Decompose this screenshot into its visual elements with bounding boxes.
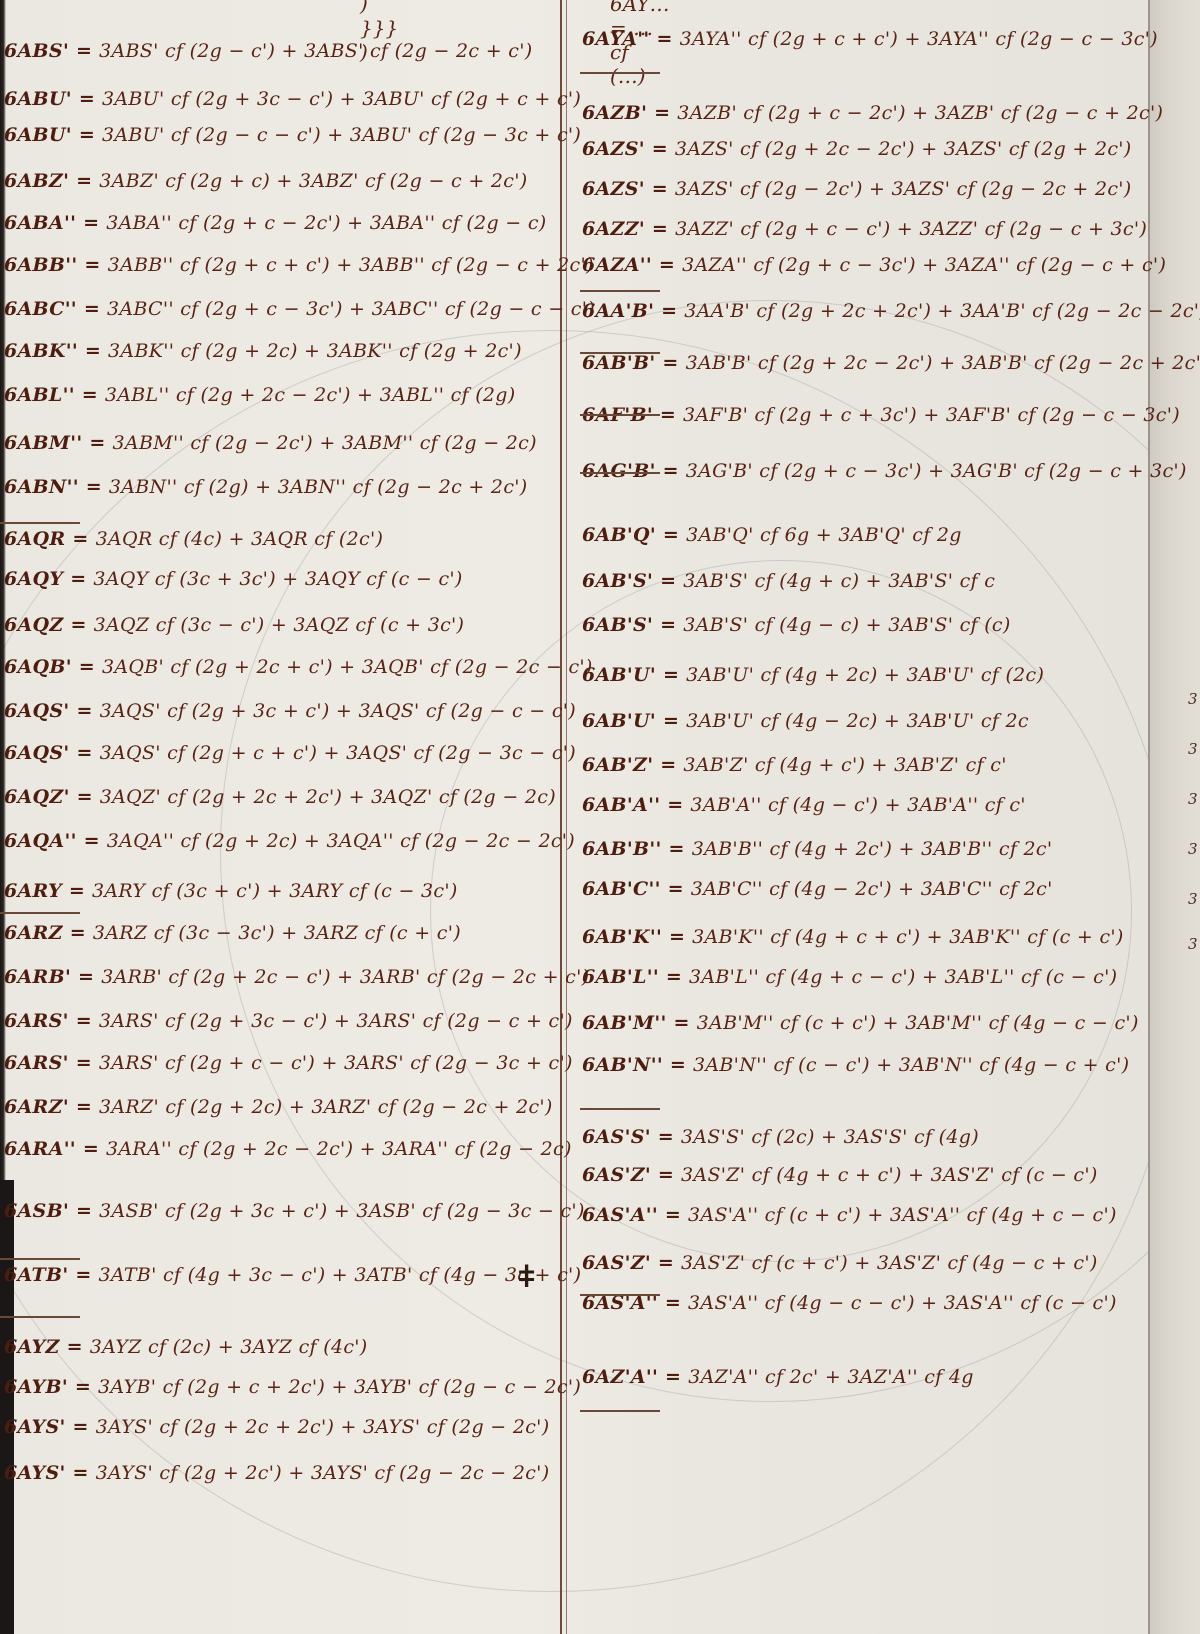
formula-lhs: 6ABA'' = xyxy=(4,212,106,234)
formula-line: 6AF'B' = 3AF'B' cf (2g + c + 3c') + 3AF'… xyxy=(582,404,1180,426)
formula-line: 6ATB' = 3ATB' cf (4g + 3c − c') + 3ATB' … xyxy=(4,1264,581,1286)
formula-lhs: 6ABZ' = xyxy=(4,170,99,192)
formula-lhs: 6AYS' = xyxy=(4,1416,96,1438)
formula-line: 6AYZ = 3AYZ cf (2c) + 3AYZ cf (4c') xyxy=(4,1336,368,1358)
gutter-number: 3 xyxy=(1188,690,1198,708)
formula-rhs: 3AB'L'' cf (4g + c − c') + 3AB'L'' cf (c… xyxy=(689,966,1117,988)
formula-rhs: 3AB'U' cf (4g + 2c) + 3AB'U' cf (2c) xyxy=(686,664,1044,686)
formula-lhs: 6AB'C'' = xyxy=(582,878,691,900)
formula-line: 6ARA'' = 3ARA'' cf (2g + 2c − 2c') + 3AR… xyxy=(4,1138,572,1160)
formula-line: 6ABS' = 3ABS' cf (2g − c') + 3ABS' cf (2… xyxy=(4,40,532,62)
formula-rhs: 3AF'B' cf (2g + c + 3c') + 3AF'B' cf (2g… xyxy=(683,404,1180,426)
formula-lhs: 6AS'A'' = xyxy=(582,1204,688,1226)
formula-rhs: 3ABZ' cf (2g + c) + 3ABZ' cf (2g − c + 2… xyxy=(99,170,527,192)
formula-rhs: 3ABL'' cf (2g + 2c − 2c') + 3ABL'' cf (2… xyxy=(105,384,516,406)
formula-lhs: 6AQZ' = xyxy=(4,786,100,808)
formula-line: 6AS'S' = 3AS'S' cf (2c) + 3AS'S' cf (4g) xyxy=(582,1126,979,1148)
gutter-number: 3 xyxy=(1188,740,1198,758)
gutter-number: 3 xyxy=(1188,840,1198,858)
formula-line: 6AS'Z' = 3AS'Z' cf (4g + c + c') + 3AS'Z… xyxy=(582,1164,1098,1186)
formula-rhs: 3AQS' cf (2g + 3c + c') + 3AQS' cf (2g −… xyxy=(100,700,576,722)
formula-lhs: 6ABU' = xyxy=(4,124,102,146)
formula-lhs: 6ARS' = xyxy=(4,1052,99,1074)
formula-rhs: 3AB'S' cf (4g − c) + 3AB'S' cf (c) xyxy=(683,614,1010,636)
formula-line: 6ARS' = 3ARS' cf (2g + c − c') + 3ARS' c… xyxy=(4,1052,573,1074)
formula-lhs: 6AZ'A'' = xyxy=(582,1366,688,1388)
formula-line: 6AS'Z' = 3AS'Z' cf (c + c') + 3AS'Z' cf … xyxy=(582,1252,1098,1274)
formula-line: 6ARS' = 3ARS' cf (2g + 3c − c') + 3ARS' … xyxy=(4,1010,573,1032)
formula-lhs: 6AB'L'' = xyxy=(582,966,689,988)
formula-rhs: 3ABS' cf (2g − c') + 3ABS' cf (2g − 2c +… xyxy=(99,40,532,62)
formula-rhs: 3AB'K'' cf (4g + c + c') + 3AB'K'' cf (c… xyxy=(692,926,1123,948)
formula-line: 6AB'L'' = 3AB'L'' cf (4g + c − c') + 3AB… xyxy=(582,966,1117,988)
formula-rhs: 3AB'A'' cf (4g − c') + 3AB'A'' cf c' xyxy=(690,794,1025,816)
formula-line: 6ABN'' = 3ABN'' cf (2g) + 3ABN'' cf (2g … xyxy=(4,476,528,498)
formula-lhs: 6AYS' = xyxy=(4,1462,96,1484)
section-separator xyxy=(0,1258,80,1260)
formula-line: 6ABL'' = 3ABL'' cf (2g + 2c − 2c') + 3AB… xyxy=(4,384,515,406)
formula-line: 6ABM'' = 3ABM'' cf (2g − 2c') + 3ABM'' c… xyxy=(4,432,537,454)
formula-lhs: 6AQR = xyxy=(4,528,96,550)
formula-line: 6ABB'' = 3ABB'' cf (2g + c + c') + 3ABB'… xyxy=(4,254,594,276)
formula-rhs: 3AB'N'' cf (c − c') + 3AB'N'' cf (4g − c… xyxy=(693,1054,1129,1076)
section-separator xyxy=(580,1108,660,1110)
formula-lhs: 6ABS' = xyxy=(4,40,99,62)
formula-line: 6ABU' = 3ABU' cf (2g + 3c − c') + 3ABU' … xyxy=(4,88,581,110)
formula-rhs: 3AB'C'' cf (4g − 2c') + 3AB'C'' cf 2c' xyxy=(691,878,1053,900)
formula-rhs: 3ARS' cf (2g + 3c − c') + 3ARS' cf (2g −… xyxy=(99,1010,573,1032)
formula-line: 6AB'S' = 3AB'S' cf (4g − c) + 3AB'S' cf … xyxy=(582,614,1011,636)
formula-line: 6ARY = 3ARY cf (3c + c') + 3ARY cf (c − … xyxy=(4,880,458,902)
formula-rhs: 3ARZ cf (3c − 3c') + 3ARZ cf (c + c') xyxy=(93,922,461,944)
formula-rhs: 3AQY cf (3c + 3c') + 3AQY cf (c − c') xyxy=(93,568,462,590)
formula-line: 6AYB' = 3AYB' cf (2g + c + 2c') + 3AYB' … xyxy=(4,1376,581,1398)
formula-line: 6AS'A'' = 3AS'A'' cf (c + c') + 3AS'A'' … xyxy=(582,1204,1117,1226)
formula-rhs: 3AS'Z' cf (4g + c + c') + 3AS'Z' cf (c −… xyxy=(681,1164,1098,1186)
formula-rhs: 3ABB'' cf (2g + c + c') + 3ABB'' cf (2g … xyxy=(108,254,594,276)
formula-lhs: 6AZS' = xyxy=(582,178,675,200)
formula-rhs: 3ASB' cf (2g + 3c + c') + 3ASB' cf (2g −… xyxy=(99,1200,585,1222)
formula-line: 6AQZ' = 3AQZ' cf (2g + 2c + 2c') + 3AQZ'… xyxy=(4,786,556,808)
formula-lhs: 6AQS' = xyxy=(4,742,100,764)
formula-rhs: 3AS'S' cf (2c) + 3AS'S' cf (4g) xyxy=(681,1126,979,1148)
formula-lhs: 6AB'S' = xyxy=(582,570,683,592)
formula-line: 6AB'C'' = 3AB'C'' cf (4g − 2c') + 3AB'C'… xyxy=(582,878,1053,900)
formula-rhs: 3AB'B'' cf (4g + 2c') + 3AB'B'' cf 2c' xyxy=(692,838,1053,860)
section-separator xyxy=(580,290,660,292)
formula-lhs: 6ASB' = xyxy=(4,1200,99,1222)
formula-line: 6AA'B' = 3AA'B' cf (2g + 2c + 2c') + 3AA… xyxy=(582,300,1200,322)
formula-line: 6ABZ' = 3ABZ' cf (2g + c) + 3ABZ' cf (2g… xyxy=(4,170,527,192)
formula-line: 6ABU' = 3ABU' cf (2g − c − c') + 3ABU' c… xyxy=(4,124,581,146)
formula-lhs: 6AB'U' = xyxy=(582,664,686,686)
formula-lhs: 6ATB' = xyxy=(4,1264,99,1286)
formula-lhs: 6AZZ' = xyxy=(582,218,675,240)
section-separator xyxy=(0,1316,80,1318)
formula-line: 6AQY = 3AQY cf (3c + 3c') + 3AQY cf (c −… xyxy=(4,568,463,590)
formula-line: 6AB'B'' = 3AB'B'' cf (4g + 2c') + 3AB'B'… xyxy=(582,838,1052,860)
formula-lhs: 6AYZ = xyxy=(4,1336,90,1358)
section-separator xyxy=(0,522,80,524)
formula-line: 6AZB' = 3AZB' cf (2g + c − 2c') + 3AZB' … xyxy=(582,102,1163,124)
section-separator xyxy=(580,352,660,354)
formula-lhs: 6AB'S' = xyxy=(582,614,683,636)
formula-lhs: 6AB'B' = xyxy=(582,352,686,374)
formula-rhs: 3AA'B' cf (2g + 2c + 2c') + 3AA'B' cf (2… xyxy=(684,300,1200,322)
formula-lhs: 6AB'Q' = xyxy=(582,524,686,546)
formula-rhs: 3AQB' cf (2g + 2c + c') + 3AQB' cf (2g −… xyxy=(102,656,593,678)
formula-lhs: 6AB'B'' = xyxy=(582,838,692,860)
formula-rhs: 3AS'A'' cf (c + c') + 3AS'A'' cf (4g + c… xyxy=(688,1204,1117,1226)
formula-line: 6AS'A'' = 3AS'A'' cf (4g − c − c') + 3AS… xyxy=(582,1292,1117,1314)
formula-lhs: 6ABC'' = xyxy=(4,298,107,320)
formula-lhs: 6AG'B' = xyxy=(582,460,686,482)
formula-rhs: 3ABM'' cf (2g − 2c') + 3ABM'' cf (2g − 2… xyxy=(113,432,537,454)
formula-lhs: 6AYB' = xyxy=(4,1376,98,1398)
formula-line: 6AB'N'' = 3AB'N'' cf (c − c') + 3AB'N'' … xyxy=(582,1054,1129,1076)
formula-line: 6AB'Z' = 3AB'Z' cf (4g + c') + 3AB'Z' cf… xyxy=(582,754,1007,776)
formula-rhs: 3AS'A'' cf (4g − c − c') + 3AS'A'' cf (c… xyxy=(688,1292,1117,1314)
formula-lhs: 6AB'K'' = xyxy=(582,926,692,948)
formula-line: 6AQS' = 3AQS' cf (2g + c + c') + 3AQS' c… xyxy=(4,742,576,764)
formula-lhs: 6AZS' = xyxy=(582,138,675,160)
formula-rhs: 3AYA'' cf (2g + c + c') + 3AYA'' cf (2g … xyxy=(680,28,1158,50)
formula-rhs: 3AZB' cf (2g + c − 2c') + 3AZB' cf (2g −… xyxy=(677,102,1163,124)
formula-line: 6AB'U' = 3AB'U' cf (4g + 2c) + 3AB'U' cf… xyxy=(582,664,1044,686)
formula-lhs: 6AB'N'' = xyxy=(582,1054,693,1076)
formula-rhs: 3AQA'' cf (2g + 2c) + 3AQA'' cf (2g − 2c… xyxy=(107,830,575,852)
formula-rhs: 3AZS' cf (2g − 2c') + 3AZS' cf (2g − 2c … xyxy=(675,178,1132,200)
formula-rhs: 3AS'Z' cf (c + c') + 3AS'Z' cf (4g − c +… xyxy=(681,1252,1098,1274)
formula-line: 6ABK'' = 3ABK'' cf (2g + 2c) + 3ABK'' cf… xyxy=(4,340,522,362)
formula-rhs: 3ARZ' cf (2g + 2c) + 3ARZ' cf (2g − 2c +… xyxy=(99,1096,553,1118)
formula-rhs: 3AB'B' cf (2g + 2c − 2c') + 3AB'B' cf (2… xyxy=(686,352,1200,374)
formula-rhs: 3AZZ' cf (2g + c − c') + 3AZZ' cf (2g − … xyxy=(675,218,1147,240)
formula-lhs: 6AQB' = xyxy=(4,656,102,678)
formula-lhs: 6ABU' = xyxy=(4,88,102,110)
formula-rhs: 3AG'B' cf (2g + c − 3c') + 3AG'B' cf (2g… xyxy=(686,460,1187,482)
formula-line: 6AZS' = 3AZS' cf (2g + 2c − 2c') + 3AZS'… xyxy=(582,138,1132,160)
formula-rhs: 3AB'Z' cf (4g + c') + 3AB'Z' cf c' xyxy=(683,754,1006,776)
formula-lhs: 6ARS' = xyxy=(4,1010,99,1032)
formula-line: 6AQR = 3AQR cf (4c) + 3AQR cf (2c') xyxy=(4,528,383,550)
gutter-number: 3 xyxy=(1188,890,1198,908)
formula-lhs: 6AB'M'' = xyxy=(582,1012,697,1034)
formula-line: 6AYA'' = 3AYA'' cf (2g + c + c') + 3AYA'… xyxy=(582,28,1158,50)
section-separator xyxy=(580,472,660,474)
formula-rhs: 3AZS' cf (2g + 2c − 2c') + 3AZS' cf (2g … xyxy=(675,138,1132,160)
formula-line: 6AZ'A'' = 3AZ'A'' cf 2c' + 3AZ'A'' cf 4g xyxy=(582,1366,974,1388)
formula-rhs: 3AZA'' cf (2g + c − 3c') + 3AZA'' cf (2g… xyxy=(682,254,1166,276)
formula-rhs: 3AB'Q' cf 6g + 3AB'Q' cf 2g xyxy=(686,524,962,546)
formula-lhs: 6AA'B' = xyxy=(582,300,684,322)
formula-line: 6AQS' = 3AQS' cf (2g + 3c + c') + 3AQS' … xyxy=(4,700,576,722)
formula-rhs: 3AB'U' cf (4g − 2c) + 3AB'U' cf 2c xyxy=(686,710,1029,732)
formula-line: 6ARZ' = 3ARZ' cf (2g + 2c) + 3ARZ' cf (2… xyxy=(4,1096,553,1118)
section-separator xyxy=(580,1294,660,1296)
margin-mark-symbol: ⧧ xyxy=(518,1255,536,1295)
formula-lhs: 6AQZ = xyxy=(4,614,94,636)
section-separator xyxy=(580,72,660,74)
formula-line: 6AB'Q' = 3AB'Q' cf 6g + 3AB'Q' cf 2g xyxy=(582,524,962,546)
formula-rhs: 3AQZ' cf (2g + 2c + 2c') + 3AQZ' cf (2g … xyxy=(100,786,556,808)
formula-rhs: 3AYB' cf (2g + c + 2c') + 3AYB' cf (2g −… xyxy=(98,1376,581,1398)
formula-rhs: 3ATB' cf (4g + 3c − c') + 3ATB' cf (4g −… xyxy=(99,1264,582,1286)
formula-rhs: 3ABK'' cf (2g + 2c) + 3ABK'' cf (2g + 2c… xyxy=(108,340,522,362)
formula-line: 6AB'A'' = 3AB'A'' cf (4g − c') + 3AB'A''… xyxy=(582,794,1026,816)
gutter-number: 3 xyxy=(1188,935,1198,953)
formula-rhs: 3ARY cf (3c + c') + 3ARY cf (c − 3c') xyxy=(92,880,458,902)
formula-line: 6AQA'' = 3AQA'' cf (2g + 2c) + 3AQA'' cf… xyxy=(4,830,575,852)
section-separator xyxy=(0,912,80,914)
formula-rhs: 3AYS' cf (2g + 2c') + 3AYS' cf (2g − 2c … xyxy=(96,1462,550,1484)
formula-line: 6AB'U' = 3AB'U' cf (4g − 2c) + 3AB'U' cf… xyxy=(582,710,1029,732)
formula-lhs: 6ARY = xyxy=(4,880,92,902)
formula-lhs: 6ABL'' = xyxy=(4,384,105,406)
formula-line: 6AZZ' = 3AZZ' cf (2g + c − c') + 3AZZ' c… xyxy=(582,218,1147,240)
formula-lhs: 6AYA'' = xyxy=(582,28,680,50)
formula-line: 6ARB' = 3ARB' cf (2g + 2c − c') + 3ARB' … xyxy=(4,966,589,988)
formula-lhs: 6AS'Z' = xyxy=(582,1164,681,1186)
formula-lhs: 6AZB' = xyxy=(582,102,677,124)
formula-lhs: 6ABK'' = xyxy=(4,340,108,362)
gutter-number: 3 xyxy=(1188,790,1198,808)
formula-rhs: 3AYS' cf (2g + 2c + 2c') + 3AYS' cf (2g … xyxy=(96,1416,550,1438)
formula-rhs: 3ABA'' cf (2g + c − 2c') + 3ABA'' cf (2g… xyxy=(106,212,546,234)
formula-rhs: 3AQZ cf (3c − c') + 3AQZ cf (c + 3c') xyxy=(94,614,465,636)
formula-line: 6ARZ = 3ARZ cf (3c − 3c') + 3ARZ cf (c +… xyxy=(4,922,461,944)
formula-lhs: 6ABB'' = xyxy=(4,254,108,276)
formula-line: 6AQZ = 3AQZ cf (3c − c') + 3AQZ cf (c + … xyxy=(4,614,464,636)
formula-lhs: 6ARZ = xyxy=(4,922,93,944)
section-separator xyxy=(580,414,660,416)
formula-lhs: 6AQA'' = xyxy=(4,830,107,852)
formula-rhs: 3ABU' cf (2g + 3c − c') + 3ABU' cf (2g +… xyxy=(102,88,581,110)
formula-rhs: 3AQS' cf (2g + c + c') + 3AQS' cf (2g − … xyxy=(100,742,576,764)
formula-line: 6AB'S' = 3AB'S' cf (4g + c) + 3AB'S' cf … xyxy=(582,570,995,592)
formula-line: 6AB'M'' = 3AB'M'' cf (c + c') + 3AB'M'' … xyxy=(582,1012,1139,1034)
binding-edge xyxy=(0,1180,14,1634)
formula-line: 6AZS' = 3AZS' cf (2g − 2c') + 3AZS' cf (… xyxy=(582,178,1132,200)
formula-rhs: 3AZ'A'' cf 2c' + 3AZ'A'' cf 4g xyxy=(688,1366,974,1388)
formula-rhs: 3ARA'' cf (2g + 2c − 2c') + 3ARA'' cf (2… xyxy=(106,1138,572,1160)
formula-line: 6ABC'' = 3ABC'' cf (2g + c − 3c') + 3ABC… xyxy=(4,298,595,320)
formula-lhs: 6AQS' = xyxy=(4,700,100,722)
formula-lhs: 6AB'U' = xyxy=(582,710,686,732)
formula-lhs: 6AB'A'' = xyxy=(582,794,690,816)
formula-lhs: 6AB'Z' = xyxy=(582,754,683,776)
formula-lhs: 6AS'S' = xyxy=(582,1126,681,1148)
formula-line: 6AB'K'' = 3AB'K'' cf (4g + c + c') + 3AB… xyxy=(582,926,1124,948)
formula-line: 6AQB' = 3AQB' cf (2g + 2c + c') + 3AQB' … xyxy=(4,656,593,678)
formula-line: 6AG'B' = 3AG'B' cf (2g + c − 3c') + 3AG'… xyxy=(582,460,1187,482)
formula-rhs: 3ABU' cf (2g − c − c') + 3ABU' cf (2g − … xyxy=(102,124,581,146)
formula-lhs: 6AQY = xyxy=(4,568,93,590)
formula-line: 6AZA'' = 3AZA'' cf (2g + c − 3c') + 3AZA… xyxy=(582,254,1166,276)
formula-rhs: 3ARS' cf (2g + c − c') + 3ARS' cf (2g − … xyxy=(99,1052,573,1074)
formula-lhs: 6ABM'' = xyxy=(4,432,113,454)
formula-rhs: 3AQR cf (4c) + 3AQR cf (2c') xyxy=(96,528,384,550)
formula-rhs: 3ABC'' cf (2g + c − 3c') + 3ABC'' cf (2g… xyxy=(107,298,595,320)
formula-lhs: 6ARZ' = xyxy=(4,1096,99,1118)
formula-line: 6AYS' = 3AYS' cf (2g + 2c + 2c') + 3AYS'… xyxy=(4,1416,549,1438)
formula-line: 6ASB' = 3ASB' cf (2g + 3c + c') + 3ASB' … xyxy=(4,1200,585,1222)
page-gutter xyxy=(1148,0,1200,1634)
formula-line: 6ABA'' = 3ABA'' cf (2g + c − 2c') + 3ABA… xyxy=(4,212,547,234)
formula-lhs: 6ABN'' = xyxy=(4,476,109,498)
section-separator xyxy=(580,1410,660,1412)
formula-rhs: 3AB'S' cf (4g + c) + 3AB'S' cf c xyxy=(683,570,995,592)
formula-lhs: 6ARB' = xyxy=(4,966,101,988)
formula-rhs: 3ABN'' cf (2g) + 3ABN'' cf (2g − 2c + 2c… xyxy=(109,476,528,498)
formula-lhs: 6AS'Z' = xyxy=(582,1252,681,1274)
formula-rhs: 3AYZ cf (2c) + 3AYZ cf (4c') xyxy=(90,1336,368,1358)
formula-lhs: 6AZA'' = xyxy=(582,254,682,276)
formula-lhs: 6ARA'' = xyxy=(4,1138,106,1160)
formula-line: 6AB'B' = 3AB'B' cf (2g + 2c − 2c') + 3AB… xyxy=(582,352,1200,374)
formula-line: 6AYS' = 3AYS' cf (2g + 2c') + 3AYS' cf (… xyxy=(4,1462,549,1484)
formula-rhs: 3AB'M'' cf (c + c') + 3AB'M'' cf (4g − c… xyxy=(697,1012,1139,1034)
formula-rhs: 3ARB' cf (2g + 2c − c') + 3ARB' cf (2g −… xyxy=(101,966,589,988)
